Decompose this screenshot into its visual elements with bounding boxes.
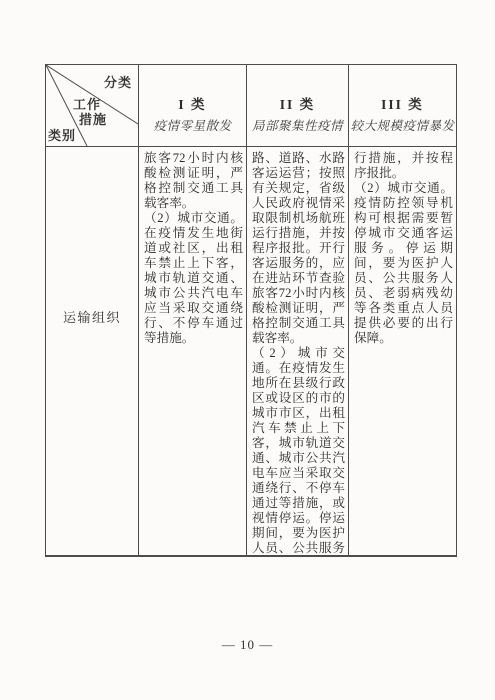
class-3-name: III 类 <box>381 93 424 113</box>
class-1-subtitle: 疫情零星散发 <box>153 116 231 134</box>
class-3-subtitle: 较大规模疫情暴发 <box>350 116 454 134</box>
measure-cell-class-3: 行措施，并按程序报批。 （2）城市交通。疫情防控领导机构可根据需要暂停城市交通客… <box>349 147 456 555</box>
class-3-paragraph-continuation: 行措施，并按程序报批。 <box>354 151 453 181</box>
row-label-transport: 运输组织 <box>46 307 138 326</box>
class-3-paragraph-urban-traffic: （2）城市交通。疫情防控领导机构可根据需要暂停城市交通客运服务。停运期间，要为医… <box>354 181 453 346</box>
corner-label-category: 分类 <box>104 72 132 91</box>
diagonal-header-cell: 分类 工作 措施 类别 <box>46 65 139 147</box>
class-2-paragraph-urban-traffic: （2）城市交通。在疫情发生地所在县级行政区或设区的市的城市市区，出租汽车禁止上下… <box>252 346 345 555</box>
document-page: 分类 工作 措施 类别 I 类 疫情零星散发 II 类 局部聚集性疫情 III … <box>0 0 495 700</box>
class-1-paragraph-urban-traffic: （2）城市交通。在疫情发生地街道或社区，出租车禁止上下客，城市轨道交通、城市公共… <box>144 211 243 346</box>
column-header-class-2: II 类 局部聚集性疫情 <box>247 65 349 147</box>
measure-cell-class-1: 旅客72小时内核酸检测证明，严格控制交通工具载客率。 （2）城市交通。在疫情发生… <box>139 147 247 555</box>
class-1-name: I 类 <box>178 93 206 113</box>
corner-label-measure: 措施 <box>79 109 107 128</box>
class-2-subtitle: 局部聚集性疫情 <box>252 116 343 134</box>
page-number: — 10 — <box>0 637 495 653</box>
measure-cell-class-2: 路、道路、水路客运运营；按照有关规定，省级人民政府视情采取限制机场航班运行措施，… <box>247 147 349 555</box>
class-2-paragraph-continuation: 路、道路、水路客运运营；按照有关规定，省级人民政府视情采取限制机场航班运行措施，… <box>252 151 345 346</box>
column-header-class-1: I 类 疫情零星散发 <box>139 65 247 147</box>
class-1-paragraph-continuation: 旅客72小时内核酸检测证明，严格控制交通工具载客率。 <box>144 151 243 211</box>
classification-table: 分类 工作 措施 类别 I 类 疫情零星散发 II 类 局部聚集性疫情 III … <box>45 64 457 557</box>
class-2-name: II 类 <box>280 93 315 113</box>
column-header-class-3: III 类 较大规模疫情暴发 <box>349 65 456 147</box>
corner-label-type: 类别 <box>48 125 76 144</box>
row-label-cell: 运输组织 <box>46 147 139 555</box>
